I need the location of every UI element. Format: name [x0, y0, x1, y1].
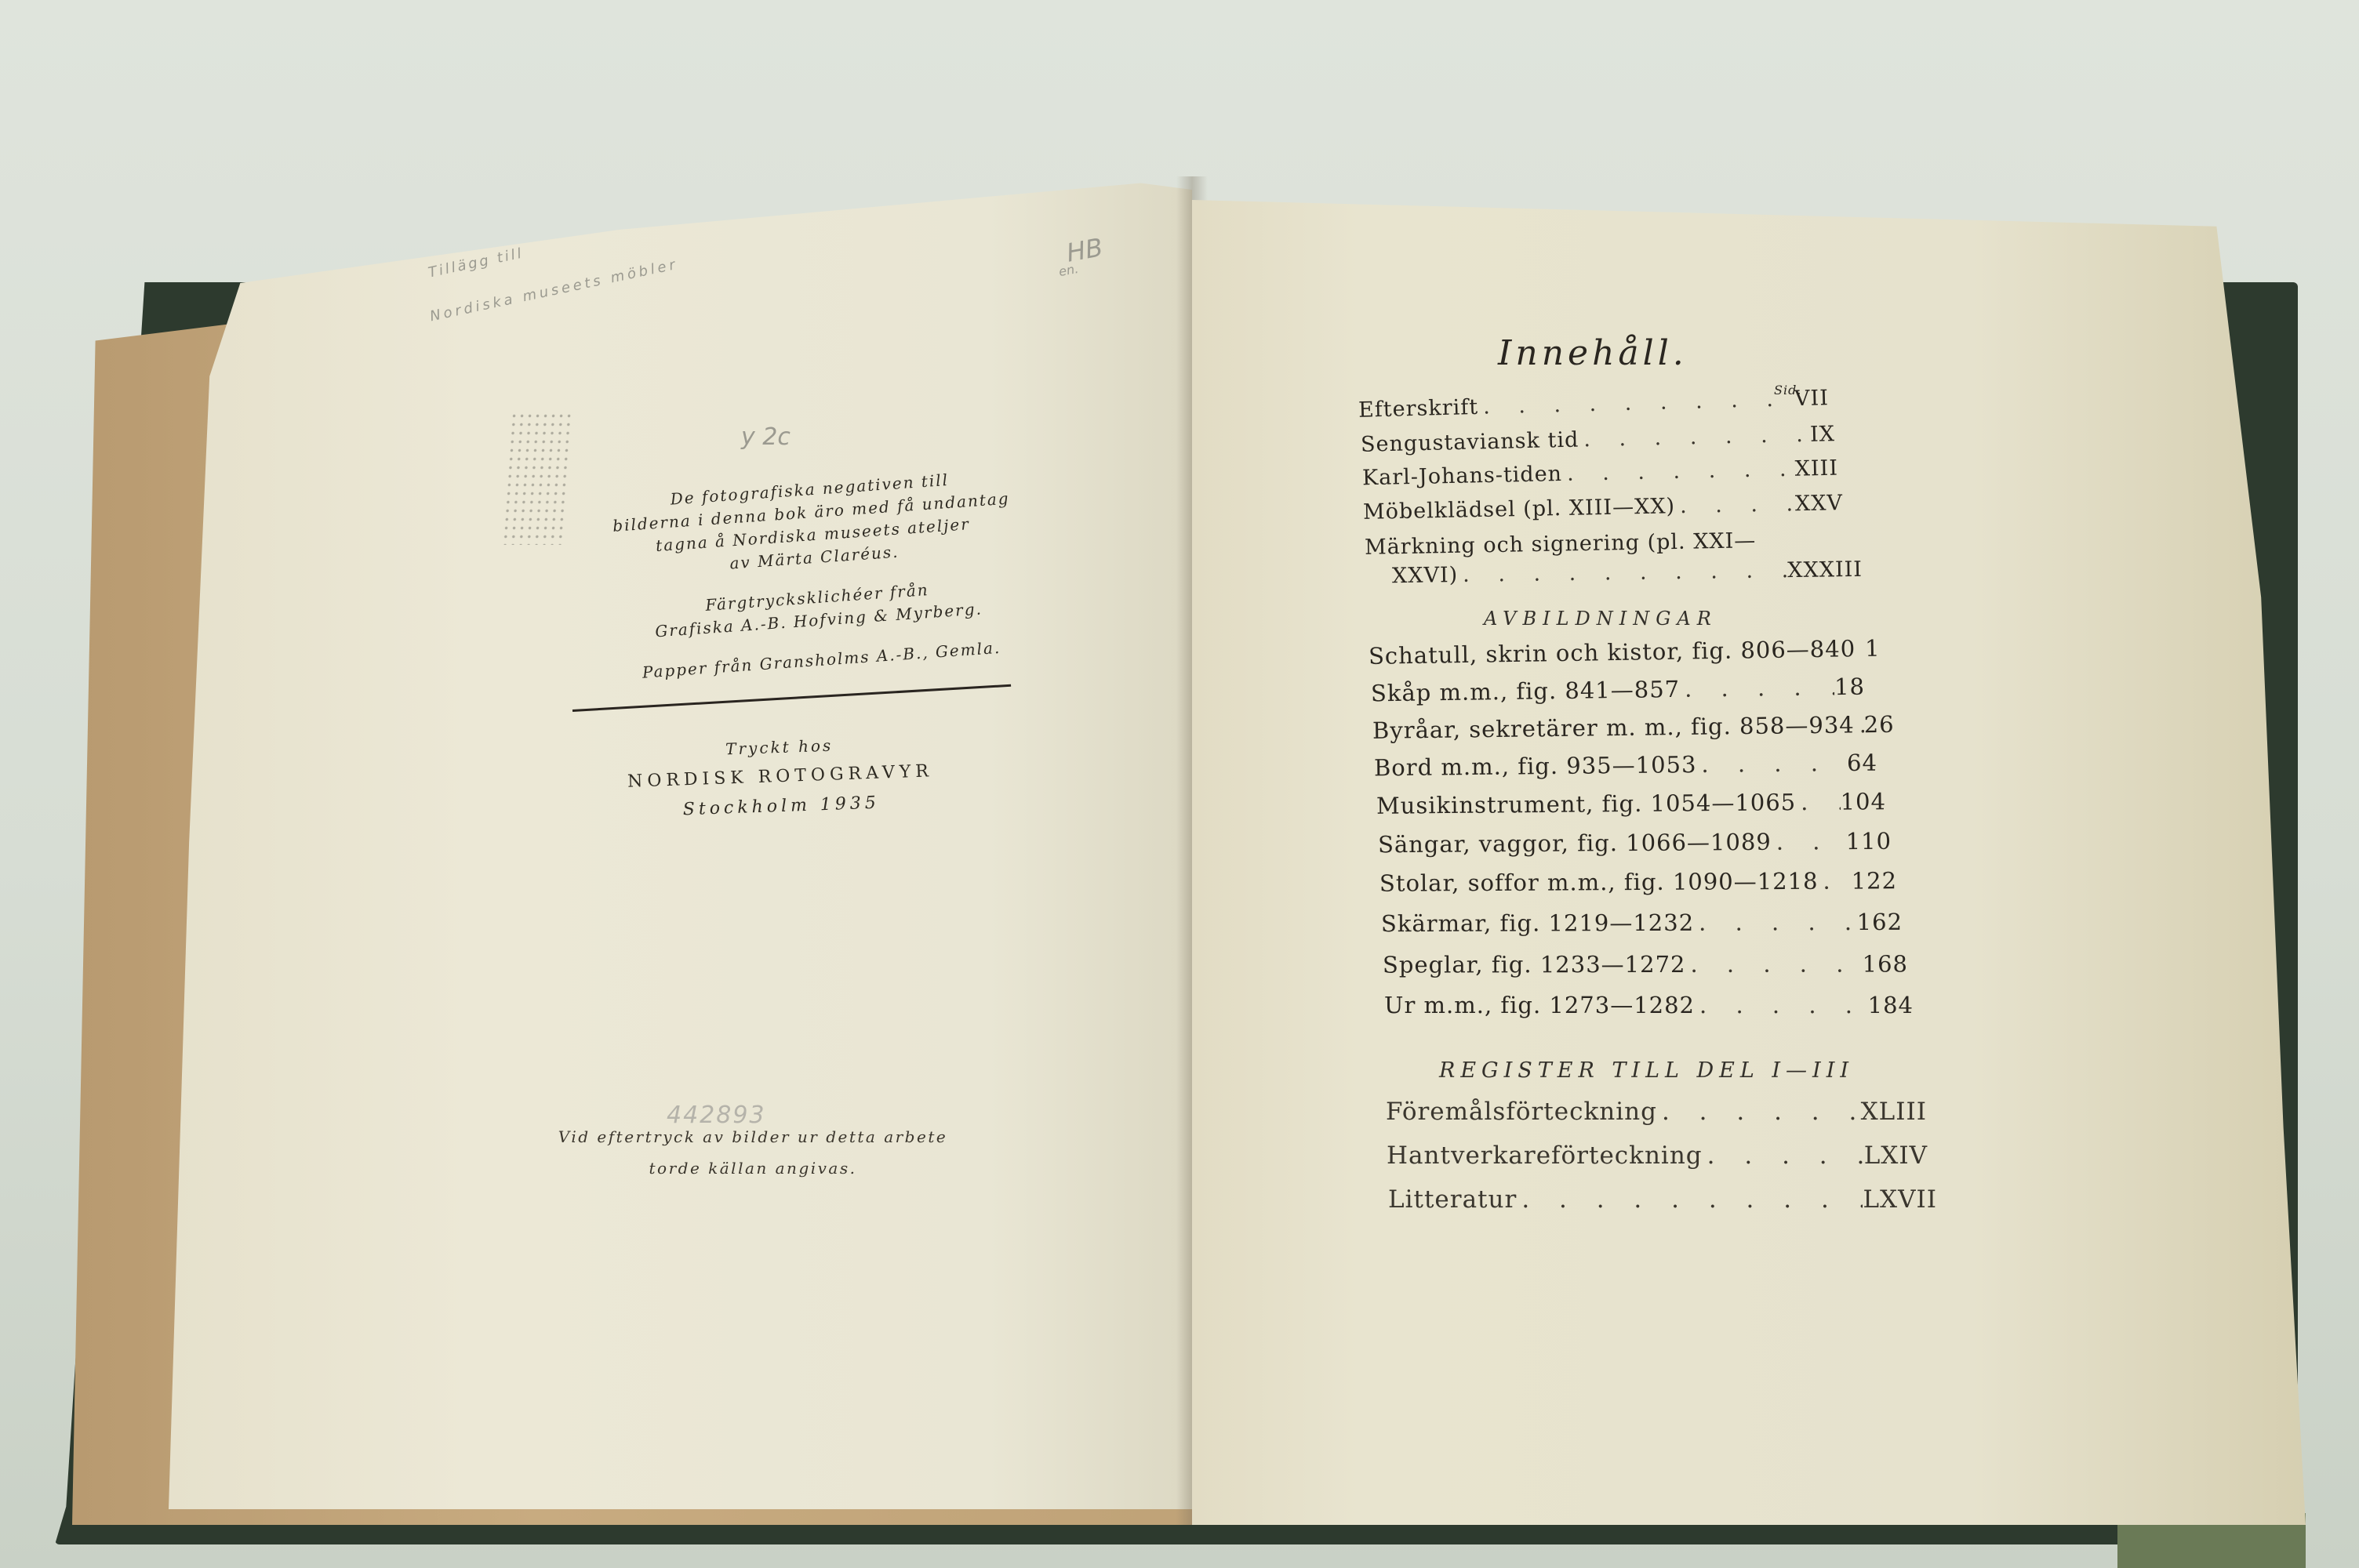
toc-page: 122 — [1852, 867, 1898, 894]
toc-row: Stolar, soffor m.m., fig. 1090—1218 . . … — [1379, 867, 1897, 896]
dot-leader: . . . . . . . . . . . . . . . . . . . . — [1657, 1098, 1861, 1126]
toc-row: Skärmar, fig. 1219—1232 . . . . . . . . … — [1381, 909, 1903, 937]
colophon: De fotografiska negativen till bilderna … — [590, 463, 1041, 687]
toc-label: Bord m.m., fig. 935—1053 — [1374, 751, 1697, 781]
toc-page: XIII — [1794, 456, 1838, 481]
toc-page: VII — [1794, 386, 1830, 411]
toc-page: 18 — [1834, 673, 1865, 701]
dot-leader: . . . . . . . . . . . . . . . . . . . . — [1772, 828, 1846, 855]
toc-row: Föremålsförteckning . . . . . . . . . . … — [1386, 1098, 1927, 1126]
reprint-line: torde källan angivas. — [541, 1152, 965, 1184]
reprint-notice: Vid eftertryck av bilder ur detta arbete… — [541, 1121, 965, 1184]
toc-label: Skåp m.m., fig. 841—857 — [1371, 676, 1681, 706]
toc-row: Litteratur . . . . . . . . . . . . . . .… — [1388, 1185, 1937, 1214]
toc-label: Karl-Johans-tiden — [1362, 462, 1563, 490]
toc-page: 104 — [1840, 788, 1886, 815]
dot-leader: . . . . . . . . . . . . . . . . . . . . — [1818, 868, 1851, 895]
dot-leader: . . . . . . . . . . . . . . . . . . . . — [1562, 457, 1795, 486]
toc-label: Musikinstrument, fig. 1054—1065 — [1376, 789, 1796, 819]
toc-page: XLIII — [1861, 1098, 1927, 1126]
dot-leader: . . . . . . . . . . . . . . . . . . . . — [1675, 492, 1796, 518]
toc-page: XXV — [1795, 491, 1844, 516]
toc-page: 110 — [1846, 828, 1892, 855]
toc-page: 162 — [1857, 909, 1903, 935]
toc-page: 26 — [1864, 711, 1895, 738]
dot-leader: . . . . . . . . . . . . . . . . . . . . — [1695, 992, 1868, 1018]
toc-row: Hantverkareförteckning . . . . . . . . .… — [1387, 1142, 1928, 1170]
dot-leader: . . . . . . . . . . . . . . . . . . . . — [1458, 558, 1788, 587]
toc-page: 1 — [1865, 635, 1881, 662]
dot-leader: . . . . . . . . . . . . . . . . . . . . — [1855, 711, 1864, 738]
dot-leader: . . . . . . . . . . . . . . . . . . . . — [1703, 1142, 1864, 1170]
toc-title: Innehåll. — [1498, 333, 1688, 373]
toc-label: XXVI) — [1392, 563, 1459, 588]
dot-leader: . . . . . . . . . . . . . . . . . . . . — [1680, 673, 1834, 702]
toc-label: Stolar, soffor m.m., fig. 1090—1218 — [1379, 868, 1819, 897]
dot-leader: . . . . . . . . . . . . . . . . . . . . — [1796, 789, 1841, 815]
register-heading: REGISTER TILL DEL I—III — [1439, 1058, 1854, 1083]
toc-page: XXXIII — [1787, 557, 1863, 583]
printer-info: Tryckt hos NORDISK ROTOGRAVYR Stockholm … — [602, 727, 958, 827]
toc-row: Bord m.m., fig. 935—1053 . . . . . . . .… — [1374, 750, 1877, 782]
illustrations-heading: AVBILDNINGAR — [1484, 608, 1717, 630]
dot-leader: . . . . . . . . . . . . . . . . . . . . — [1694, 909, 1857, 936]
toc-label: Speglar, fig. 1233—1272 — [1383, 951, 1686, 978]
toc-label: Efterskrift — [1358, 395, 1479, 423]
perforation-stamp — [501, 412, 573, 545]
toc-label: Ur m.m., fig. 1273—1282 — [1384, 992, 1695, 1018]
toc-page: 168 — [1863, 950, 1908, 977]
pencil-note-middle: y 2c — [741, 423, 791, 451]
toc-row: Ur m.m., fig. 1273—1282 . . . . . . . . … — [1384, 992, 1914, 1018]
dot-leader: . . . . . . . . . . . . . . . . . . . . — [1685, 951, 1862, 978]
toc-label: Föremålsförteckning — [1386, 1098, 1657, 1126]
toc-row: Sängar, vaggor, fig. 1066—1089 . . . . .… — [1378, 828, 1892, 858]
toc-page: 184 — [1868, 992, 1914, 1018]
dot-leader: . . . . . . . . . . . . . . . . . . . . — [1517, 1185, 1863, 1214]
toc-label: Hantverkareförteckning — [1387, 1142, 1703, 1170]
toc-page: 64 — [1847, 750, 1877, 776]
toc-label: Skärmar, fig. 1219—1232 — [1381, 909, 1694, 937]
reprint-line: Vid eftertryck av bilder ur detta arbete — [541, 1121, 965, 1152]
toc-label: Sengustaviansk tid — [1361, 428, 1579, 457]
toc-row: Musikinstrument, fig. 1054—1065 . . . . … — [1376, 788, 1886, 819]
dot-leader: . . . . . . . . . . . . . . . . . . . . — [1696, 750, 1847, 778]
toc-label: Sängar, vaggor, fig. 1066—1089 — [1378, 829, 1772, 858]
toc-page: LXVII — [1863, 1185, 1937, 1214]
toc-row: Speglar, fig. 1233—1272 . . . . . . . . … — [1383, 950, 1908, 978]
toc-label: Litteratur — [1388, 1185, 1517, 1214]
toc-page: IX — [1810, 422, 1836, 447]
book-photo: Tillägg till Nordiska museets möbler HB … — [0, 0, 2359, 1568]
left-page — [169, 176, 1192, 1509]
toc-page: LXIV — [1864, 1142, 1928, 1170]
